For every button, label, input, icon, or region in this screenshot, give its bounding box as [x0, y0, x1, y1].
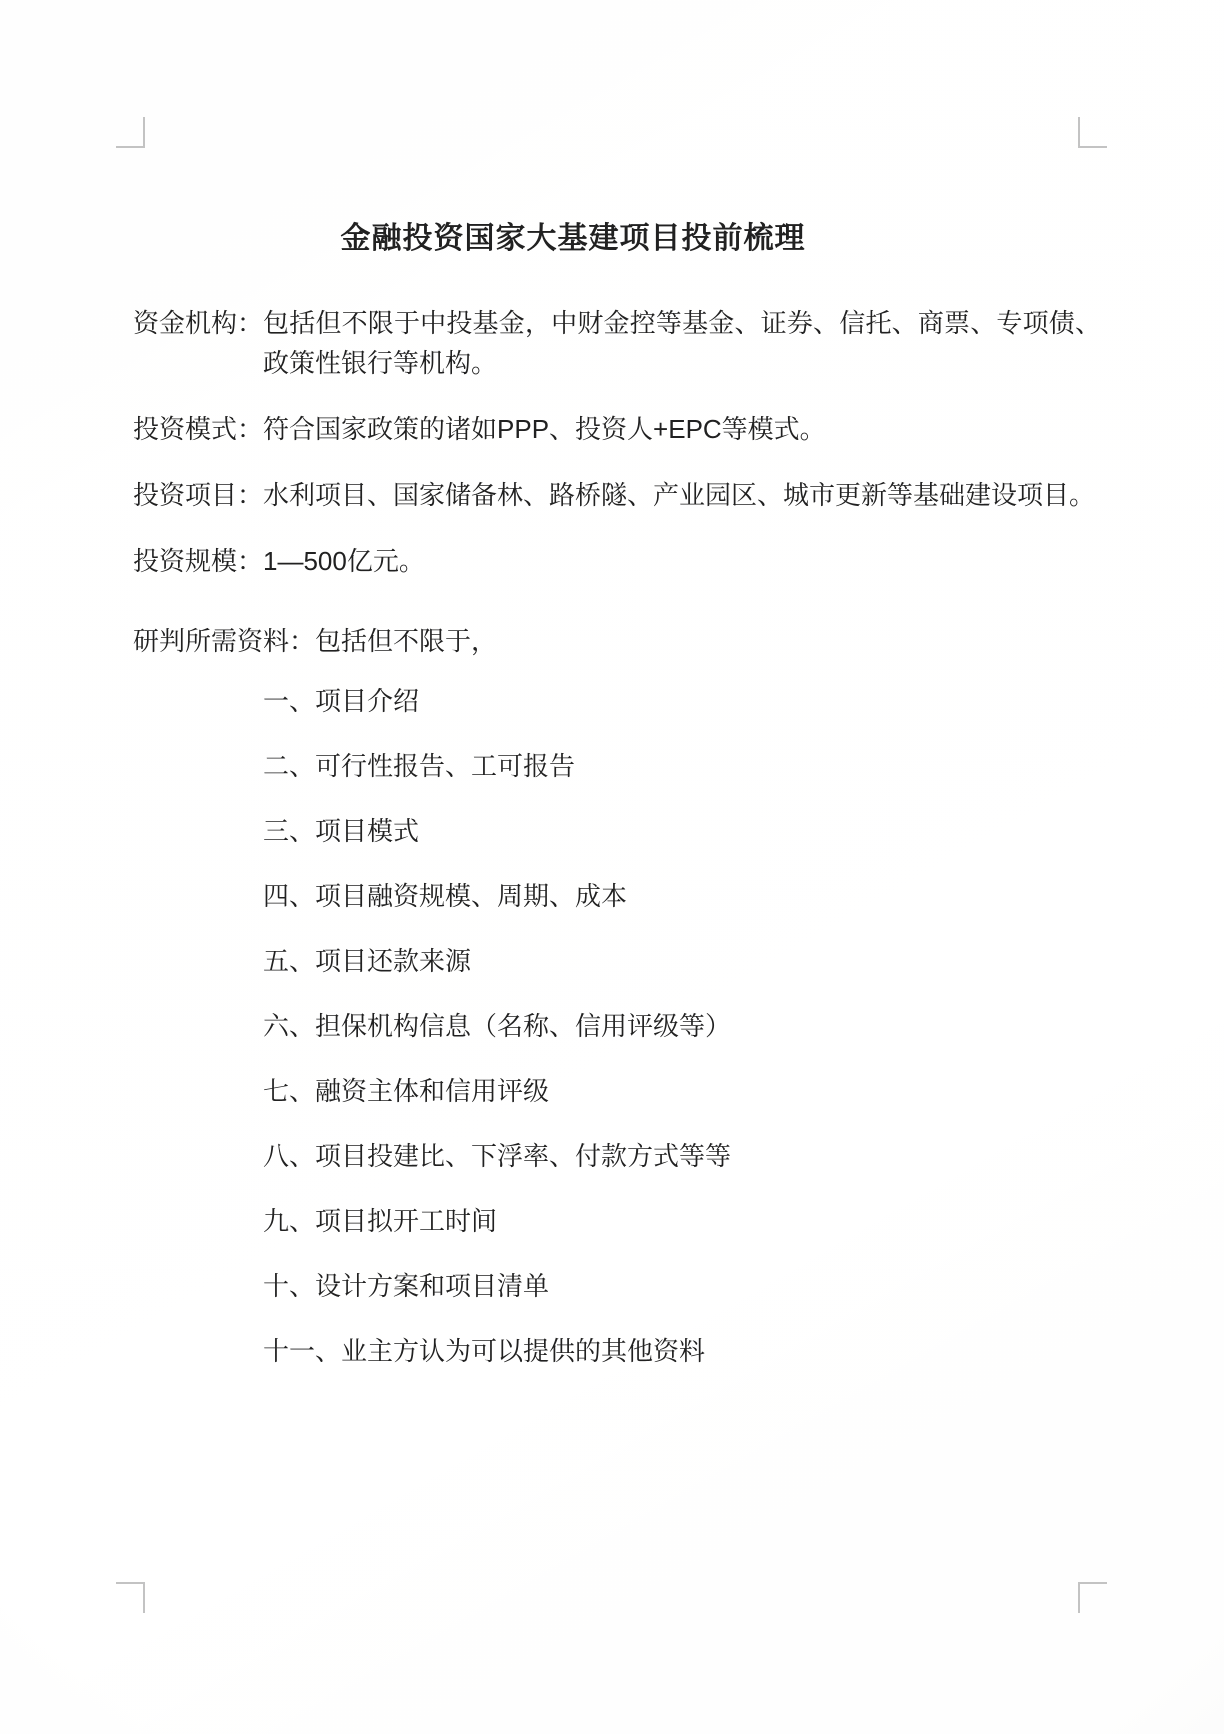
- field-value: 1—500亿元。: [263, 541, 1101, 581]
- materials-item: 八、项目投建比、下浮率、付款方式等等: [263, 1136, 1101, 1176]
- field-row: 投资模式：符合国家政策的诸如PPP、投资人+EPC等模式。: [133, 409, 1101, 449]
- field-value: 符合国家政策的诸如PPP、投资人+EPC等模式。: [263, 409, 1101, 449]
- field-label: 投资规模：: [133, 541, 263, 581]
- corner-mark-bottom-right-icon: [1078, 1582, 1107, 1613]
- materials-item-list: 一、项目介绍二、可行性报告、工可报告三、项目模式四、项目融资规模、周期、成本五、…: [263, 681, 1101, 1371]
- field-list: 资金机构：包括但不限于中投基金，中财金控等基金、证券、信托、商票、专项债、政策性…: [133, 303, 1101, 581]
- field-label: 投资项目：: [133, 475, 263, 515]
- materials-intro: 包括但不限于，: [315, 621, 1101, 661]
- field-row: 投资项目：水利项目、国家储备林、路桥隧、产业园区、城市更新等基础建设项目。: [133, 475, 1101, 515]
- document-photo: { "document": { "title": "金融投资国家大基建项目投前梳…: [0, 0, 1224, 1734]
- materials-item: 三、项目模式: [263, 811, 1101, 851]
- document-page: 金融投资国家大基建项目投前梳理 资金机构：包括但不限于中投基金，中财金控等基金、…: [0, 0, 1224, 1734]
- materials-item: 六、担保机构信息（名称、信用评级等）: [263, 1006, 1101, 1046]
- corner-mark-bottom-left-icon: [116, 1582, 145, 1613]
- materials-heading: 研判所需资料： 包括但不限于，: [133, 621, 1101, 661]
- field-row: 投资规模：1—500亿元。: [133, 541, 1101, 581]
- materials-item: 一、项目介绍: [263, 681, 1101, 721]
- materials-item: 九、项目拟开工时间: [263, 1201, 1101, 1241]
- materials-item: 七、融资主体和信用评级: [263, 1071, 1101, 1111]
- materials-item: 十、设计方案和项目清单: [263, 1266, 1101, 1306]
- document-title: 金融投资国家大基建项目投前梳理: [133, 0, 1013, 259]
- materials-item: 十一、业主方认为可以提供的其他资料: [263, 1331, 1101, 1371]
- field-row: 资金机构：包括但不限于中投基金，中财金控等基金、证券、信托、商票、专项债、政策性…: [133, 303, 1101, 383]
- document-content: 金融投资国家大基建项目投前梳理 资金机构：包括但不限于中投基金，中财金控等基金、…: [133, 0, 1101, 1396]
- materials-item: 四、项目融资规模、周期、成本: [263, 876, 1101, 916]
- materials-item: 五、项目还款来源: [263, 941, 1101, 981]
- materials-item: 二、可行性报告、工可报告: [263, 746, 1101, 786]
- materials-label: 研判所需资料：: [133, 621, 315, 661]
- field-value: 包括但不限于中投基金，中财金控等基金、证券、信托、商票、专项债、政策性银行等机构…: [263, 303, 1101, 383]
- field-value: 水利项目、国家储备林、路桥隧、产业园区、城市更新等基础建设项目。: [263, 475, 1101, 515]
- field-label: 投资模式：: [133, 409, 263, 449]
- field-label: 资金机构：: [133, 303, 263, 343]
